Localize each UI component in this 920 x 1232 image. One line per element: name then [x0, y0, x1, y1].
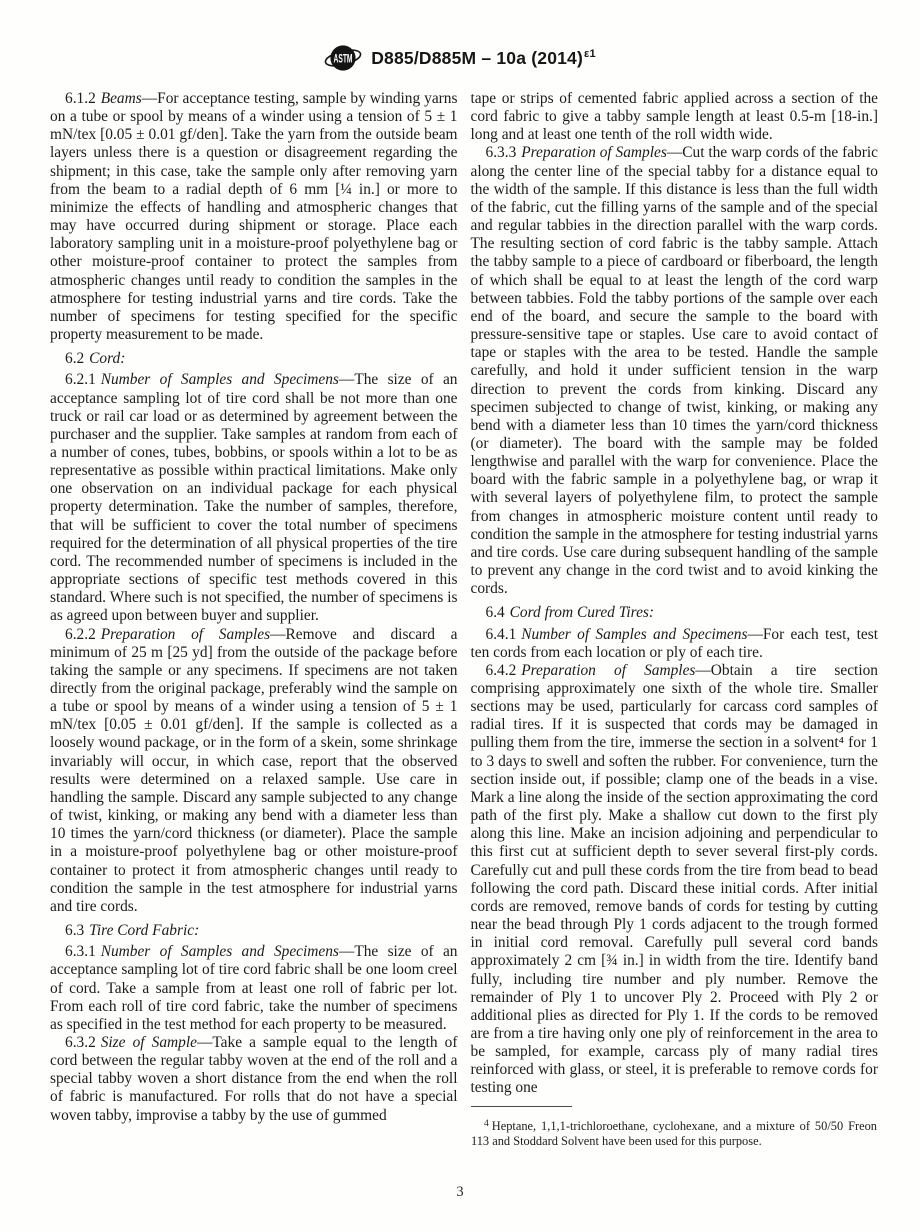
section-text: —Cut the warp cords of the fabric along … [471, 144, 879, 597]
section-text: —Remove and discard a minimum of 25 m [2… [50, 626, 458, 915]
section-number: 6.4.1 [486, 626, 517, 643]
section-number: 6.2.1 [65, 371, 96, 388]
astm-logo-text: ASTM [334, 53, 353, 65]
footnote-body: Heptane, 1,1,1-trichloroethane, cyclohex… [471, 1119, 877, 1148]
section-title: Tire Cord Fabric: [89, 922, 199, 939]
heading-6-4: 6.4Cord from Cured Tires: [471, 604, 879, 622]
two-column-body: 6.1.2Beams—For acceptance testing, sampl… [50, 90, 878, 1125]
designation-superscript: ε1 [584, 48, 596, 60]
paragraph-6-2-2: 6.2.2Preparation of Samples—Remove and d… [50, 626, 458, 917]
section-number: 6.3.2 [65, 1034, 96, 1051]
section-text: —The size of an acceptance sampling lot … [50, 371, 458, 624]
section-title: Number of Samples and Specimens [101, 943, 339, 960]
paragraph-6-4-2: 6.4.2Preparation of Samples—Obtain a tir… [471, 662, 879, 1098]
section-title: Beams [101, 90, 142, 107]
section-title: Size of Sample [101, 1034, 197, 1051]
paragraph-6-1-2: 6.1.2Beams—For acceptance testing, sampl… [50, 90, 458, 344]
heading-6-3: 6.3Tire Cord Fabric: [50, 922, 458, 940]
paragraph-6-3-2-continued: tape or strips of cemented fabric applie… [471, 90, 879, 144]
designation-text: D885/D885M – 10a (2014) [371, 48, 583, 68]
section-title: Preparation of Samples [521, 662, 695, 679]
left-column: 6.1.2Beams—For acceptance testing, sampl… [50, 90, 458, 1125]
paragraph-6-3-2: 6.3.2Size of Sample—Take a sample equal … [50, 1034, 458, 1125]
section-number: 6.3.1 [65, 943, 96, 960]
section-title: Cord: [89, 350, 125, 367]
section-number: 6.2 [65, 350, 84, 367]
section-title: Number of Samples and Specimens [101, 371, 339, 388]
footnote-rule [471, 1106, 572, 1107]
section-text: —For acceptance testing, sample by windi… [50, 90, 458, 343]
right-column: tape or strips of cemented fabric applie… [471, 90, 879, 1125]
paragraph-6-3-1: 6.3.1Number of Samples and Specimens—The… [50, 943, 458, 1034]
section-number: 6.2.2 [65, 626, 96, 643]
section-text: tape or strips of cemented fabric applie… [471, 90, 879, 143]
section-number: 6.4 [486, 604, 505, 621]
paragraph-6-3-3: 6.3.3Preparation of Samples—Cut the warp… [471, 144, 879, 598]
footnote-text: 4Heptane, 1,1,1-trichloroethane, cyclohe… [471, 1117, 877, 1150]
section-number: 6.1.2 [65, 90, 96, 107]
section-number: 6.3.3 [486, 144, 517, 161]
document-page: ASTM D885/D885M – 10a (2014)ε1 6.1.2Beam… [0, 0, 920, 1232]
page-header: ASTM D885/D885M – 10a (2014)ε1 [0, 40, 920, 76]
section-number: 6.3 [65, 922, 84, 939]
section-title: Number of Samples and Specimens [521, 626, 747, 643]
astm-logo-icon: ASTM [324, 40, 362, 76]
page-number: 3 [0, 1184, 920, 1201]
section-text: —Obtain a tire section comprising approx… [471, 662, 879, 1097]
footnote-marker: 4 [484, 1119, 489, 1129]
section-title: Preparation of Samples [101, 626, 270, 643]
section-title: Preparation of Samples [521, 144, 667, 161]
document-designation: D885/D885M – 10a (2014)ε1 [371, 48, 596, 69]
paragraph-6-2-1: 6.2.1Number of Samples and Specimens—The… [50, 371, 458, 625]
heading-6-2: 6.2Cord: [50, 350, 458, 368]
footnote: 4Heptane, 1,1,1-trichloroethane, cyclohe… [471, 1106, 877, 1150]
section-title: Cord from Cured Tires: [510, 604, 654, 621]
paragraph-6-4-1: 6.4.1Number of Samples and Specimens—For… [471, 626, 879, 662]
section-number: 6.4.2 [486, 662, 517, 679]
